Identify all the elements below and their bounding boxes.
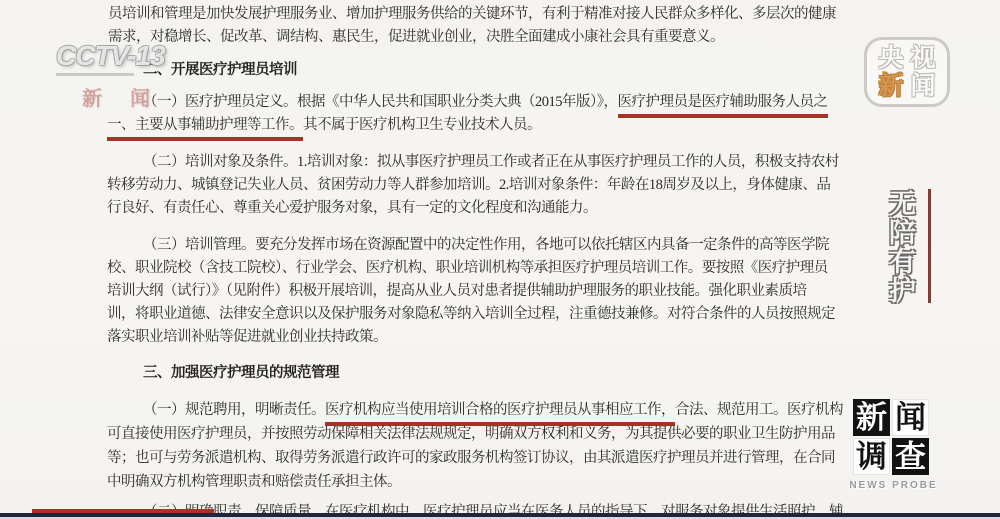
doc-line: 中明确双方机构管理职责和赔偿责任承担主体。: [107, 472, 401, 492]
news-probe-char: 新: [853, 399, 890, 436]
doc-line: （三）培训管理。要充分发挥市场在资源配置中的决定性作用，各地可以依托辖区内具备一…: [143, 235, 829, 255]
red-underlined-text: 一、主要从事辅助护理等工作。: [107, 115, 303, 141]
slogan-char: 陪: [889, 219, 916, 247]
doc-line: （一）规范聘用，明晰责任。医疗机构应当使用培训合格的医疗护理员从事相应工作，合法…: [143, 400, 843, 426]
red-underlined-text: 医疗护理员是医疗辅助服务人员之: [618, 92, 828, 118]
news-probe-char: 调: [853, 438, 890, 475]
news-probe-char: 查: [892, 438, 929, 475]
cctv13-logo-underline: [56, 73, 134, 76]
news-probe-logo: 新 闻 调 查: [853, 399, 929, 475]
doc-text: 合法、规范用工。医疗机构: [675, 402, 843, 418]
doc-line: 转移劳动力、城镇登记失业人员、贫困劳动力等人群参加培训。2.培训对象条件：年龄在…: [107, 175, 830, 195]
doc-text: （一）规范聘用，明晰责任。: [143, 402, 325, 418]
doc-line: 需求，对稳增长、促改革、调结构、惠民生，促进就业创业，决胜全面建成小康社会具有重…: [108, 27, 724, 47]
doc-line: 落实职业培训补贴等促进就业创业扶持政策。: [107, 327, 387, 347]
red-underlined-text: 医疗机构应当使用培训合格的医疗护理员从事相应工作，: [325, 400, 675, 426]
vertical-slogan: 无 陪 有 护: [889, 190, 916, 305]
doc-line: （二）培训对象及条件。1.培训对象：拟从事医疗护理员工作或者正在从事医疗护理员工…: [143, 152, 839, 172]
cctv13-logo-text: CCTV-13: [56, 40, 178, 72]
news-probe-caption: NEWS PROBE: [846, 480, 941, 491]
slogan-vertical-rule: [928, 189, 931, 303]
cctv13-logo-subtext: 新闻: [82, 82, 178, 111]
doc-text: 其不属于医疗机构卫生专业技术人员。: [303, 117, 541, 133]
slogan-char: 无: [889, 190, 916, 218]
badge-char: 央: [878, 46, 903, 71]
doc-line: 可直接使用医疗护理员，并按照劳动保障相关法律法规规定，明确双方权利和义务，为其提…: [107, 424, 835, 444]
doc-line: 行良好、有责任心、尊重关心爱护服务对象，具有一定的文化程度和沟通能力。: [107, 198, 597, 218]
slogan-char: 护: [889, 277, 916, 305]
doc-line: 训，将职业道德、法律安全意识以及保护服务对象隐私等纳入培训全过程，注重德技兼修。…: [107, 304, 835, 324]
badge-char: 闻: [910, 74, 935, 99]
doc-line: 一、主要从事辅助护理等工作。其不属于医疗机构卫生专业技术人员。: [107, 115, 541, 141]
doc-text: （一）医疗护理员定义。根据《中华人民共和国职业分类大典（2015年版）》，: [143, 94, 618, 110]
tv-news-frame: 员培训和管理是加快发展护理服务业、增加护理服务供给的关键环节，有利于精准对接人民…: [0, 0, 1000, 519]
doc-line: 校、职业院校（含技工院校）、行业学会、医疗机构、职业培训机构等承担医疗护理员培训…: [107, 258, 828, 278]
doc-line: 员培训和管理是加快发展护理服务业、增加护理服务供给的关键环节，有利于精准对接人民…: [108, 4, 836, 24]
cctv13-watermark-logo: CCTV-13 新闻: [56, 40, 178, 111]
badge-char-orange: 新: [878, 74, 903, 99]
badge-char: 视: [910, 46, 935, 71]
cctv-news-app-badge: 央 视 新 闻: [864, 37, 950, 107]
slogan-char: 有: [889, 248, 916, 276]
news-probe-char: 闻: [892, 399, 929, 436]
section-heading-3: 三、加强医疗护理员的规范管理: [143, 363, 339, 383]
doc-line: 等；也可与劳务派遣机构、取得劳务派遣行政许可的家政服务机构签订协议，由其派遣医疗…: [107, 448, 835, 468]
doc-line: 培训大纲（试行）》（见附件）积极开展培训，提高从业人员对患者提供辅助护理服务的职…: [107, 281, 807, 301]
